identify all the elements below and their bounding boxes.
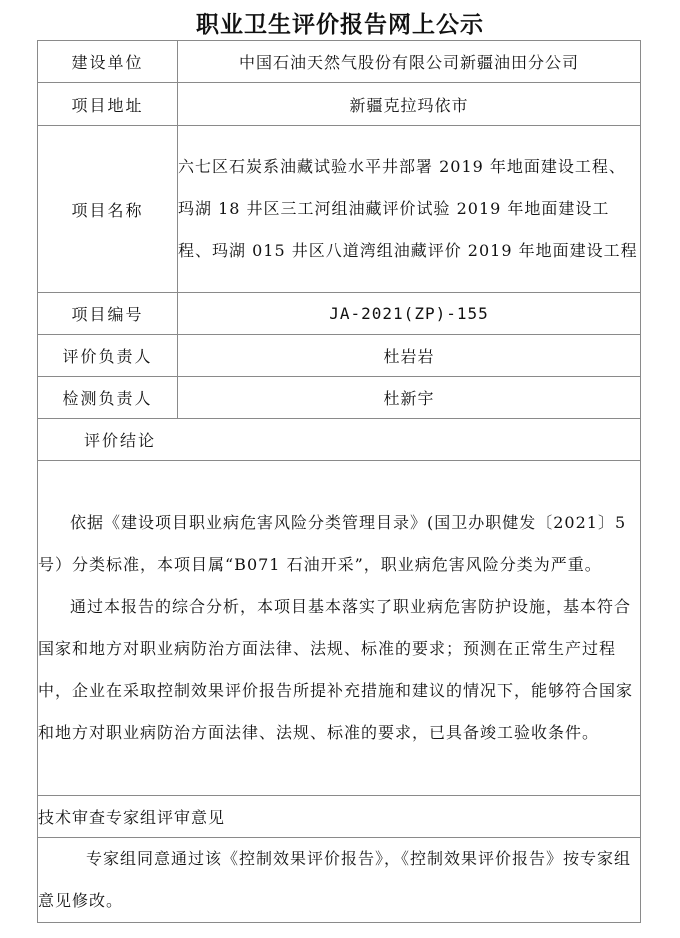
row-expert-heading: 技术审查专家组评审意见 <box>38 796 641 838</box>
row-construction-unit: 建设单位 中国石油天然气股份有限公司新疆油田分公司 <box>38 41 641 83</box>
row-testing-lead: 检测负责人 杜新宇 <box>38 377 641 419</box>
value-project-number: JA-2021(ZP)-155 <box>178 293 641 335</box>
label-project-address: 项目地址 <box>38 83 178 126</box>
value-testing-lead: 杜新宇 <box>178 377 641 419</box>
row-project-name: 项目名称 六七区石炭系油藏试验水平井部署 2019 年地面建设工程、玛湖 18 … <box>38 126 641 293</box>
conclusion-heading: 评价结论 <box>38 419 641 461</box>
label-evaluation-lead: 评价负责人 <box>38 335 178 377</box>
conclusion-paragraph-2: 通过本报告的综合分析，本项目基本落实了职业病危害防护设施，基本符合国家和地方对职… <box>38 586 640 754</box>
row-project-address: 项目地址 新疆克拉玛依市 <box>38 83 641 126</box>
value-project-address: 新疆克拉玛依市 <box>178 83 641 126</box>
disclosure-table: 建设单位 中国石油天然气股份有限公司新疆油田分公司 项目地址 新疆克拉玛依市 项… <box>37 40 641 923</box>
expert-review-paragraph: 专家组同意通过该《控制效果评价报告》，《控制效果评价报告》按专家组意见修改。 <box>38 838 640 922</box>
value-evaluation-lead: 杜岩岩 <box>178 335 641 377</box>
label-testing-lead: 检测负责人 <box>38 377 178 419</box>
conclusion-body: 依据《建设项目职业病危害风险分类管理目录》(国卫办职健发〔2021〕5号）分类标… <box>38 461 641 796</box>
page-title: 职业卫生评价报告网上公示 <box>0 6 680 39</box>
row-evaluation-lead: 评价负责人 杜岩岩 <box>38 335 641 377</box>
value-project-name: 六七区石炭系油藏试验水平井部署 2019 年地面建设工程、玛湖 18 井区三工河… <box>178 126 641 293</box>
row-conclusion-body: 依据《建设项目职业病危害风险分类管理目录》(国卫办职健发〔2021〕5号）分类标… <box>38 461 641 796</box>
row-project-number: 项目编号 JA-2021(ZP)-155 <box>38 293 641 335</box>
label-project-name: 项目名称 <box>38 126 178 293</box>
row-conclusion-heading: 评价结论 <box>38 419 641 461</box>
row-expert-body: 专家组同意通过该《控制效果评价报告》，《控制效果评价报告》按专家组意见修改。 <box>38 838 641 923</box>
expert-review-body: 专家组同意通过该《控制效果评价报告》，《控制效果评价报告》按专家组意见修改。 <box>38 838 641 923</box>
label-construction-unit: 建设单位 <box>38 41 178 83</box>
label-project-number: 项目编号 <box>38 293 178 335</box>
value-construction-unit: 中国石油天然气股份有限公司新疆油田分公司 <box>178 41 641 83</box>
expert-review-heading: 技术审查专家组评审意见 <box>38 796 641 838</box>
conclusion-paragraph-1: 依据《建设项目职业病危害风险分类管理目录》(国卫办职健发〔2021〕5号）分类标… <box>38 502 640 586</box>
